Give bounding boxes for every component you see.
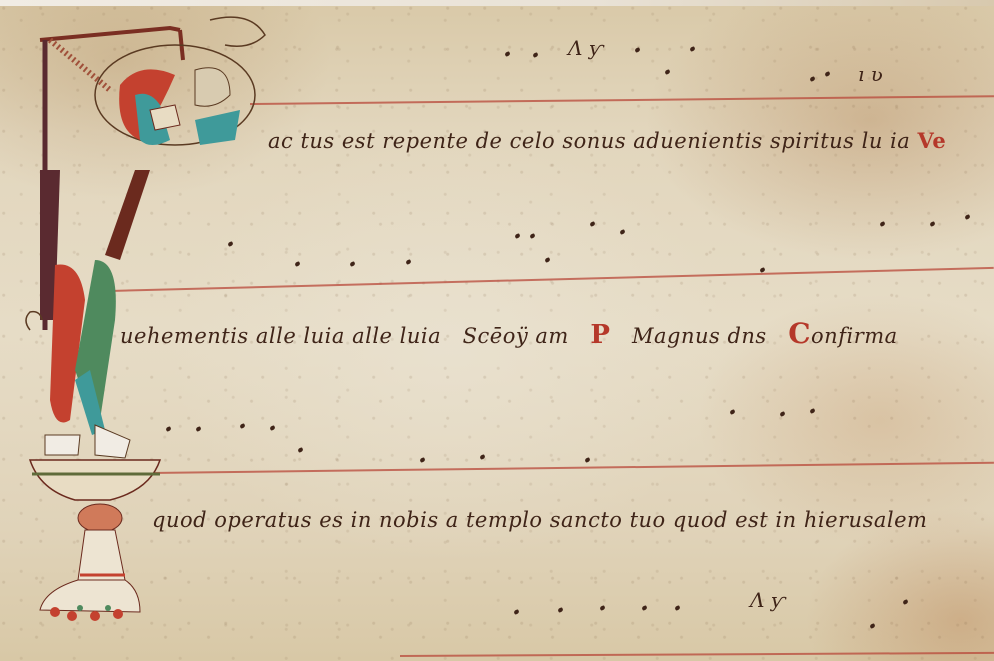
neume-group-1: Λ ƴ bbox=[568, 36, 604, 60]
line-1-text: ac tus est repente de celo sonus aduenie… bbox=[268, 129, 854, 153]
illuminated-initial bbox=[20, 0, 280, 661]
staff-rule-4 bbox=[400, 652, 994, 657]
line-2-rubric-c: C bbox=[788, 317, 811, 350]
initial-stem bbox=[26, 170, 150, 458]
manuscript-photo: ac tus est repente de celo sonus aduenie… bbox=[0, 0, 994, 661]
line-1-end-mark: Ve bbox=[917, 128, 946, 153]
line-2-rubric-p: P bbox=[590, 320, 610, 350]
chalice-base bbox=[30, 460, 160, 621]
line-2-rubric-1: Scēoÿ am bbox=[463, 324, 569, 348]
neume-group-3: Λ ƴ bbox=[750, 588, 786, 612]
neume-group-2: ı ʋ bbox=[858, 62, 883, 86]
line-1-text-post: lu ia bbox=[862, 129, 911, 153]
chant-line-1: ac tus est repente de celo sonus aduenie… bbox=[268, 128, 946, 153]
line-2-text-3: onfirma bbox=[811, 324, 898, 348]
line-2-text-2: Magnus dns bbox=[632, 324, 767, 348]
staff-rule-1 bbox=[250, 95, 994, 105]
